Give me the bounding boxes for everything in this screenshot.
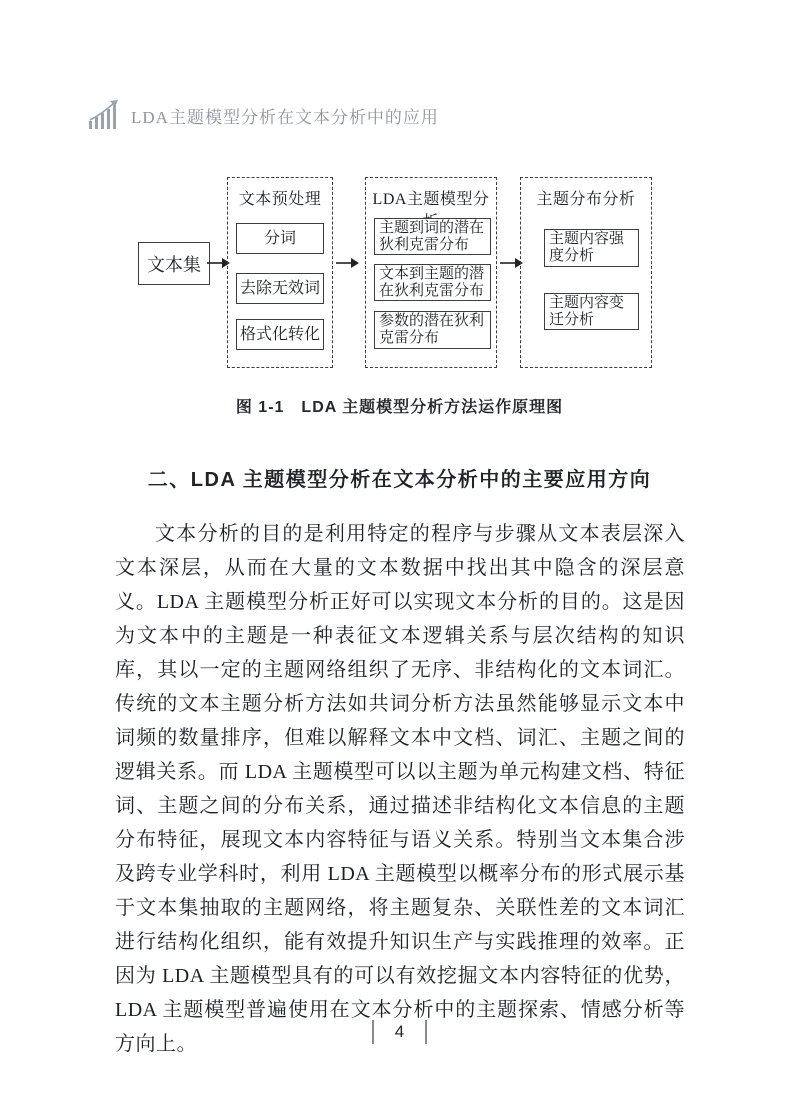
stage-item: 主题内容强度分析 [544,229,639,267]
page-number: 4 [395,1022,404,1042]
stage-topic-distribution: 主题分布分析 主题内容强度分析 主题内容变迁分析 [520,177,652,368]
section-heading: 二、LDA 主题模型分析在文本分析中的主要应用方向 [0,463,799,492]
stage-item: 分词 [236,223,324,254]
stage-lda-analysis: LDA主题模型分析 主题到词的潜在狄利克雷分布 文本到主题的潜在狄利克雷分布 参… [365,177,497,368]
footer-rule-right [425,1020,427,1044]
source-box: 文本集 [138,242,210,285]
running-header: LDA主题模型分析在文本分析中的应用 [88,100,439,130]
figure-diagram: 文本集 文本预处理 分词 去除无效词 格式化转化 LDA主题模型分析 主题到词的… [115,170,685,372]
stage-item: 去除无效词 [236,273,324,304]
figure-caption: 图 1-1 LDA 主题模型分析方法运作原理图 [0,394,799,417]
body-paragraph: 文本分析的目的是利用特定的程序与步骤从文本表层深入文本深层，从而在大量的文本数据… [115,517,685,1061]
page-footer: 4 [0,1020,799,1044]
stage-item: 主题内容变迁分析 [544,293,639,330]
document-page: LDA主题模型分析在文本分析中的应用 文本集 文本预处理 分词 去除无效词 格式… [0,0,799,1118]
flow-arrow-icon [336,256,359,275]
bar-chart-growth-icon [88,100,122,130]
stage-item: 参数的潜在狄利克雷分布 [374,311,491,349]
stage-item: 格式化转化 [236,319,324,350]
stage-title: 主题分布分析 [521,186,651,209]
stage-item: 文本到主题的潜在狄利克雷分布 [374,264,491,301]
book-title: LDA主题模型分析在文本分析中的应用 [131,103,439,128]
stage-item: 主题到词的潜在狄利克雷分布 [374,218,491,255]
footer-rule-left [372,1020,374,1044]
stage-title: 文本预处理 [228,186,332,209]
stage-preprocessing: 文本预处理 分词 去除无效词 格式化转化 [227,177,333,368]
